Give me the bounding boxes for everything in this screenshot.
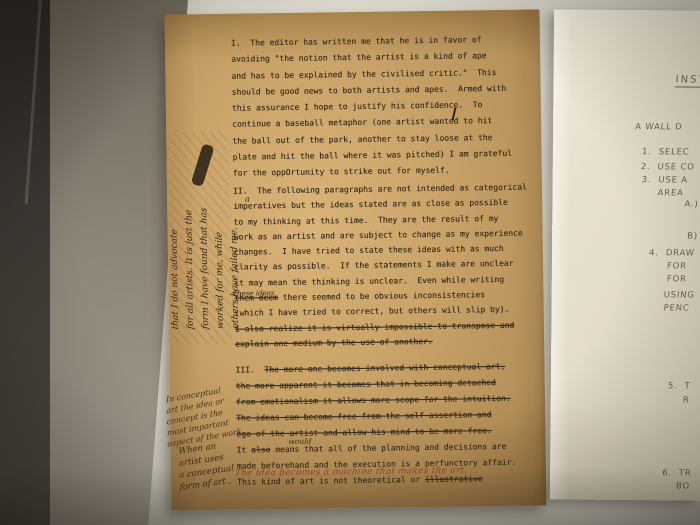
handwritten-caps-line: R xyxy=(682,395,690,405)
insert-note-would: would xyxy=(288,437,312,446)
typed-text: changes. I have tried to state these ide… xyxy=(234,244,504,257)
typed-text: the ball out of the park, another to sta… xyxy=(232,133,492,146)
typed-text: III. xyxy=(235,365,264,374)
struck-text: the more apparent it becomes that in bec… xyxy=(236,378,496,391)
handwritten-caps-line: 2. USE CO xyxy=(640,162,695,172)
typed-text: this assurance I hope to justify his con… xyxy=(232,100,483,112)
handwritten-caps-line: A WALL D xyxy=(635,122,683,132)
struck-text: explain one medium by the use of another… xyxy=(235,337,433,349)
handwritten-caps-line: 5. T xyxy=(667,381,691,391)
instructions-title: INST xyxy=(675,74,700,87)
typed-manuscript-page: I. The editor has written me that he is … xyxy=(165,9,547,510)
handwritten-caps-line: 4. DRAW xyxy=(649,248,696,258)
paragraph-I: I. The editor has written me that he is … xyxy=(231,32,512,183)
handwritten-caps-line: 6. TR xyxy=(662,468,692,478)
handwritten-caps-line: FOR xyxy=(667,261,688,271)
handwritten-caps-line: USING xyxy=(663,290,695,300)
typed-text: work as an artist and are subject to cha… xyxy=(234,229,523,242)
struck-text: I also realize it is virtually impossibl… xyxy=(235,320,514,333)
struck-text: The more one becomes involved with conce… xyxy=(264,362,505,374)
typed-text: imperatives but the ideas stated are as … xyxy=(233,198,508,211)
typed-text: II. The following paragraphs are not int… xyxy=(233,183,527,196)
insert-note-letter-a: a xyxy=(245,194,250,203)
handwritten-caps-line: FOR xyxy=(666,274,687,284)
photo-of-manuscript-display: I. The editor has written me that he is … xyxy=(0,0,700,525)
typed-text: plate and hit the ball where it was pitc… xyxy=(232,149,511,162)
paragraph-II: II. The following paragraphs are not int… xyxy=(233,180,529,352)
insert-note-these-ideas: These ideas xyxy=(232,289,275,298)
typed-text: there seemed to be obvious inconsistenci… xyxy=(278,290,485,302)
struck-text: also xyxy=(251,445,270,454)
struck-text: ego of the artist and allow his mind to … xyxy=(236,426,491,439)
typed-text: avoiding "the notion that the artist is … xyxy=(231,51,486,64)
struck-text: The ideas can become free from the self-… xyxy=(236,410,491,423)
typed-text: (which I have tried to correct, but othe… xyxy=(235,305,510,318)
typed-text: and has to be explained by the civilised… xyxy=(231,68,496,81)
handwritten-caps-line: PENC xyxy=(663,303,690,313)
typed-text: it may mean the thinking is unclear. Eve… xyxy=(234,275,504,288)
wall-shadow-left xyxy=(0,0,50,525)
handwritten-caps-line: AREA xyxy=(657,188,684,198)
typed-text: clarity as possible. If the statements I… xyxy=(234,259,513,272)
handwritten-caps-line: BO xyxy=(676,481,691,491)
handwritten-caps-line: 1. SELEC xyxy=(642,147,690,157)
handwritten-instructions-page: INSTA WALL D1. SELEC2. USE CO3. USE AARE… xyxy=(550,9,700,500)
typed-text: It xyxy=(237,445,252,454)
typed-text: should be good news to both artists and … xyxy=(232,84,507,97)
typed-line: for the oppOrtunity to strike out for my… xyxy=(233,162,513,182)
typed-text: for the oppOrtunity to strike out for my… xyxy=(233,166,450,178)
handwritten-caps-line: A.) xyxy=(684,200,699,210)
typed-text: I. The editor has written me that he is … xyxy=(231,35,482,47)
handwritten-caps-line: 3. USE A xyxy=(641,175,688,185)
typed-line: explain one medium by the use of another… xyxy=(235,333,529,352)
typed-text: to my thinking at this time. They are th… xyxy=(233,214,498,227)
handwritten-caps-block: INSTA WALL D1. SELEC2. USE CO3. USE AARE… xyxy=(554,9,700,10)
handwritten-caps-line: B) xyxy=(687,232,699,242)
margin-note-when-an-artist: When anartist usesa conceptualform of ar… xyxy=(178,438,234,494)
struck-text: from emotionalism it allows more scope f… xyxy=(236,394,511,407)
